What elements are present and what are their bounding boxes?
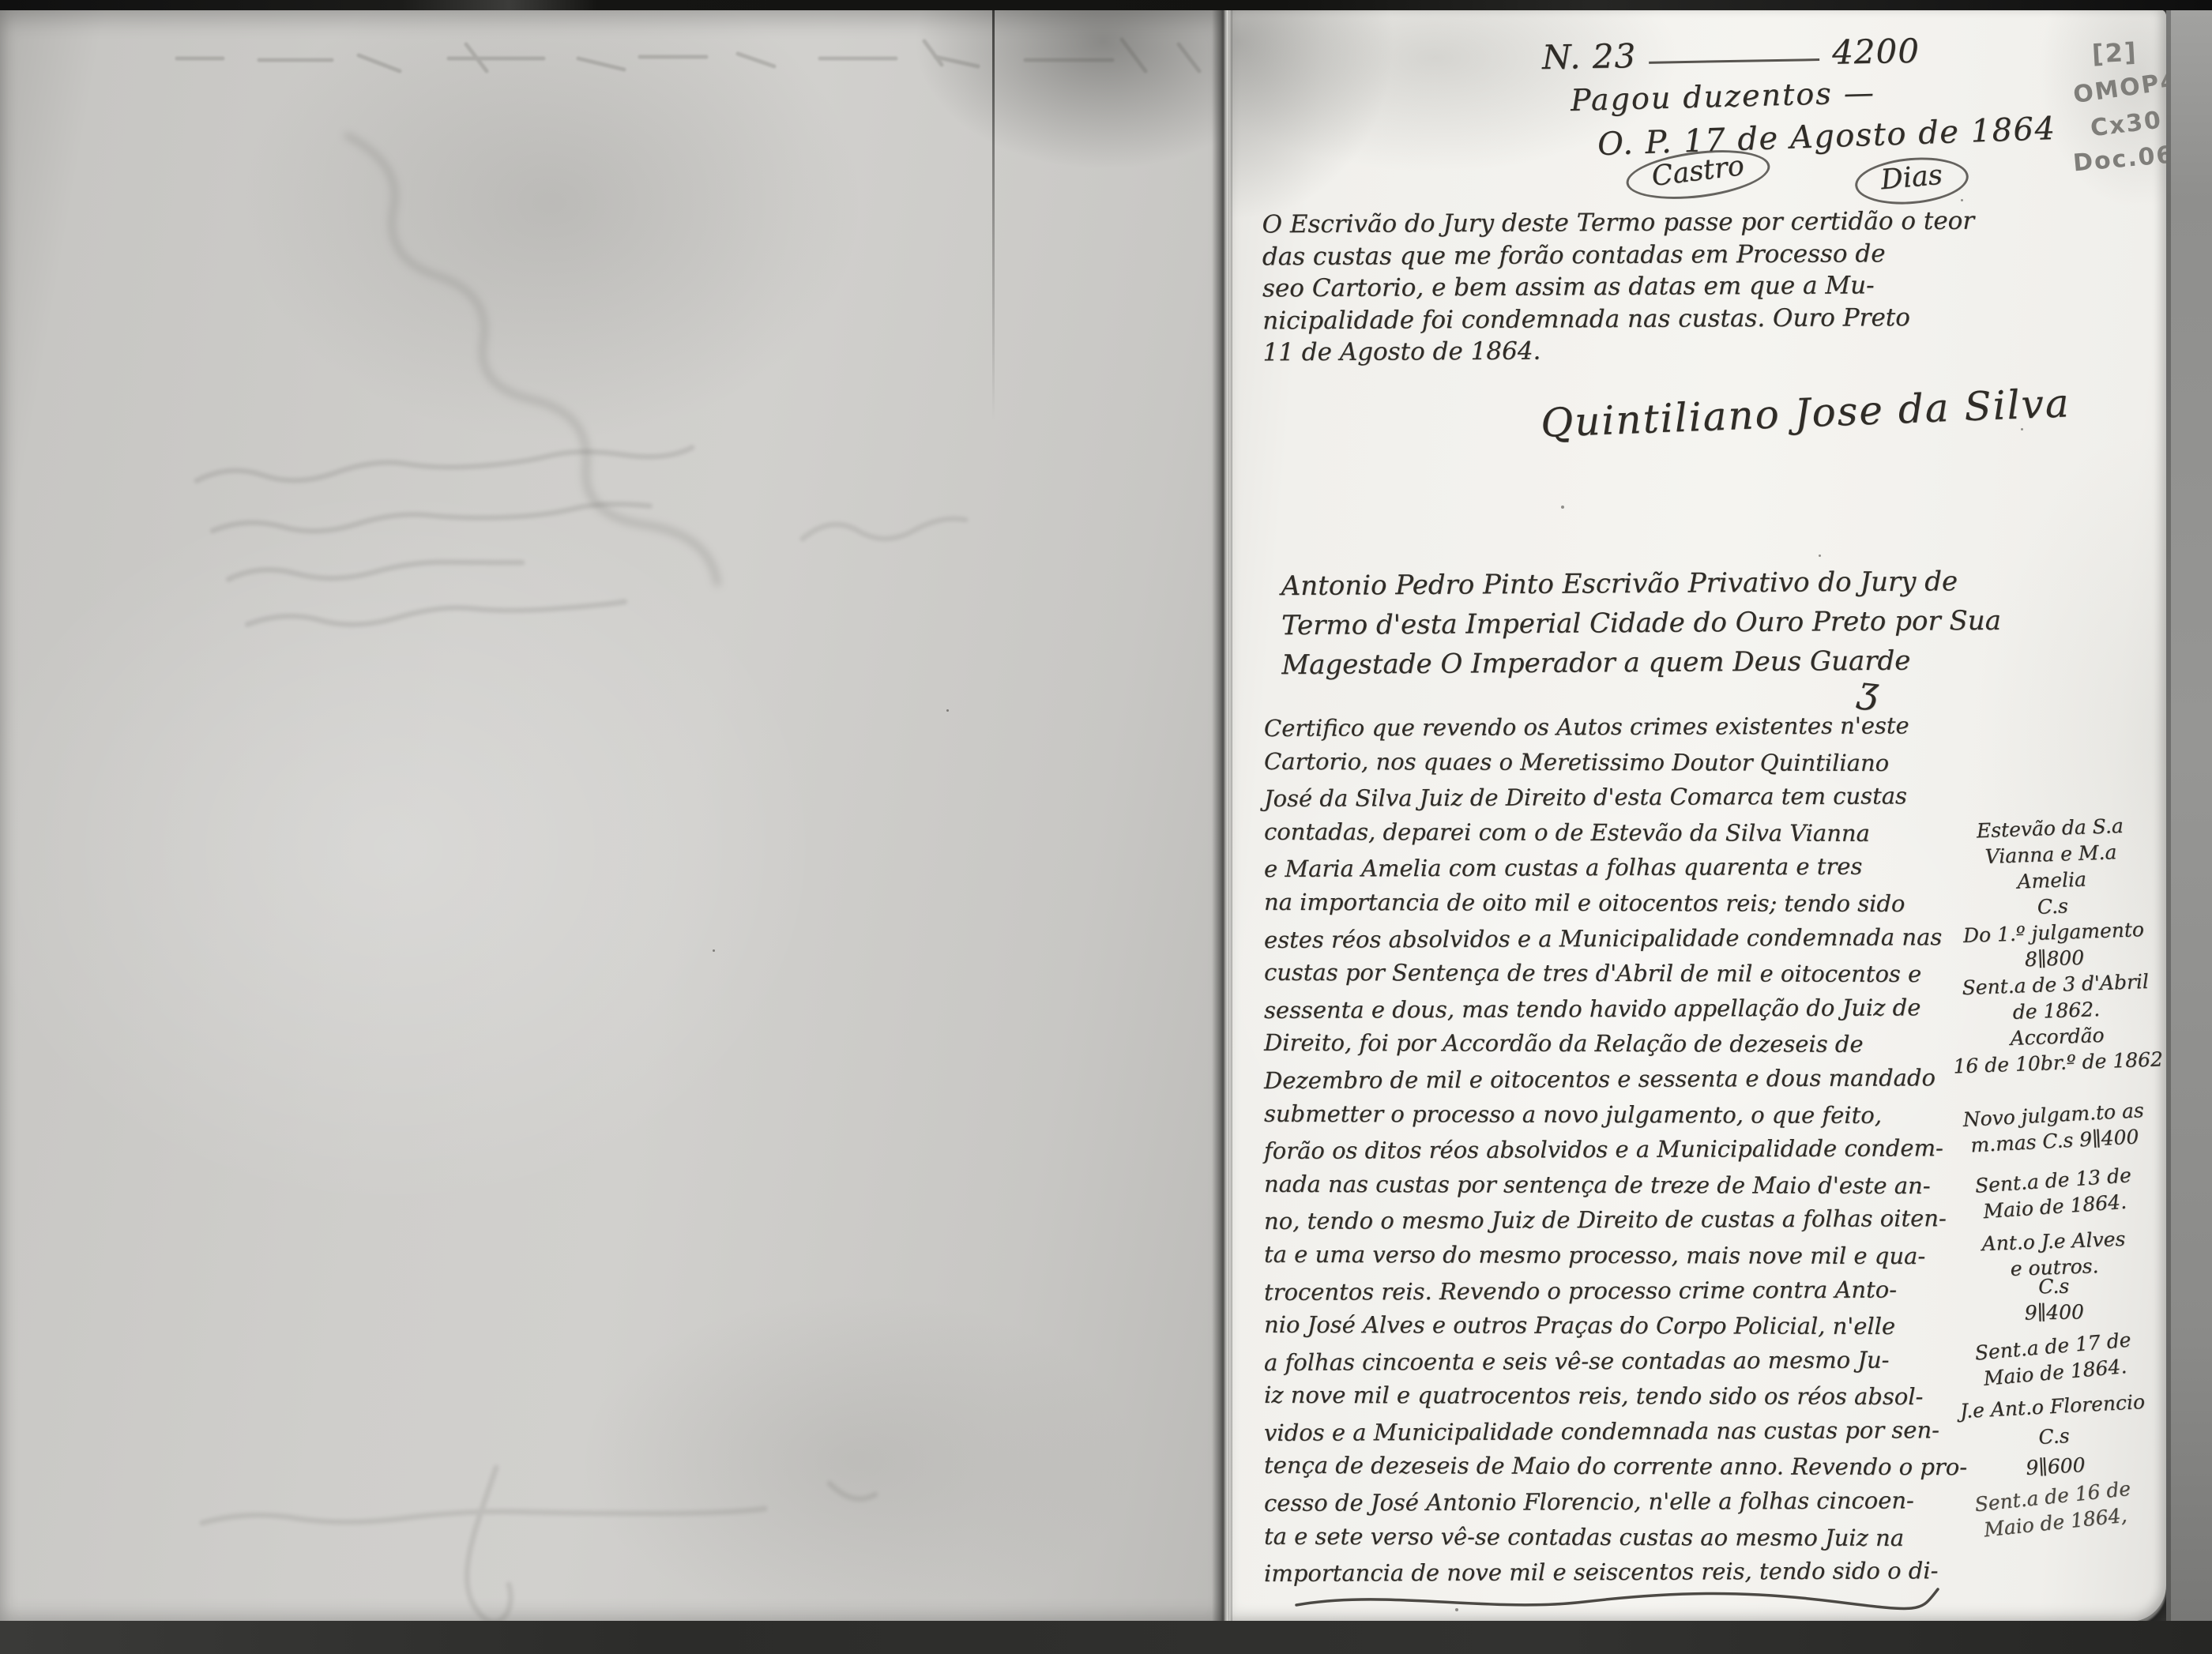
body-line: a folhas cincoenta e seis vê-se contadas… <box>1264 1342 1967 1380</box>
order-line: O Escrivão do Jury deste Termo passe por… <box>1262 205 1974 241</box>
bleedthrough-signature-ghost <box>166 1455 924 1637</box>
body-line: Certifico que revendo os Autos crimes ex… <box>1264 708 1967 746</box>
body-line: Dezembro de mil e oitocentos e sessenta … <box>1264 1060 1967 1098</box>
archive-item-number: [2] <box>2091 37 2138 70</box>
margin-note-florencio: J.e Ant.o Florencio C.s 9∥600 <box>1935 1385 2173 1487</box>
receipt-number-label: N. 23 <box>1542 36 1637 77</box>
body-line: nada nas custas por sentença de treze de… <box>1264 1167 1967 1204</box>
top-smudge-ghost <box>166 33 1209 88</box>
body-line: no, tendo o mesmo Juiz de Direito de cus… <box>1264 1201 1967 1239</box>
order-date-line: 11 de Agosto de 1864. <box>1262 333 1975 369</box>
body-line: custas por Sentença de tres d'Abril de m… <box>1264 955 1967 992</box>
margin-line: C.s <box>1936 1271 2171 1301</box>
margin-line: 9∥400 <box>1937 1297 2172 1327</box>
margin-note-custas-9400: C.s 9∥400 <box>1936 1271 2171 1327</box>
body-line: ta e uma verso do mesmo processo, mais n… <box>1264 1237 1967 1274</box>
dash-rule <box>1649 58 1819 64</box>
body-line: nio José Alves e outros Praças do Corpo … <box>1264 1307 1967 1344</box>
order-line: seo Cartorio, e bem assim as datas em qu… <box>1262 269 1975 305</box>
body-line: Direito, foi por Accordão da Relação de … <box>1264 1025 1967 1062</box>
body-line: José da Silva Juiz de Direito d'esta Com… <box>1264 778 1967 816</box>
address-line: Antonio Pedro Pinto Escrivão Privativo d… <box>1281 562 2000 606</box>
etcetera-flourish: ʒ <box>1856 667 1880 712</box>
left-page <box>0 9 1226 1622</box>
order-paragraph: O Escrivão do Jury deste Termo passe por… <box>1262 205 1975 369</box>
scan-edge-bottom <box>0 1621 2212 1654</box>
body-line: Cartorio, nos quaes o Meretissimo Doutor… <box>1264 743 1967 780</box>
clerk-address: Antonio Pedro Pinto Escrivão Privativo d… <box>1281 562 2001 685</box>
body-line: e Maria Amelia com custas a folhas quare… <box>1264 848 1967 886</box>
ink-speck <box>713 949 715 952</box>
body-line: trocentos reis. Revendo o processo crime… <box>1264 1272 1967 1310</box>
scanner-bed-border <box>2166 0 2212 1654</box>
ink-speck <box>1561 506 1564 509</box>
order-line: das custas que me forão contadas em Proc… <box>1262 237 1975 273</box>
body-line: tença de dezeseis de Maio do corrente an… <box>1264 1448 1967 1485</box>
scanned-manuscript: [2] OMOP4 Cx30 Doc.06 N. 23 4200 Pagou d… <box>0 0 2212 1654</box>
body-line: ta e sete verso vê-se contadas custas ao… <box>1264 1518 1967 1555</box>
body-line: submetter o processo a novo julgamento, … <box>1264 1096 1967 1133</box>
certificate-body: Certifico que revendo os Autos crimes ex… <box>1264 709 1967 1590</box>
ink-speck <box>1961 199 1963 201</box>
body-line: iz nove mil e quatrocentos reis, tendo s… <box>1264 1378 1967 1415</box>
bleedthrough-mark-ghost <box>790 483 980 586</box>
page-gutter-fold <box>1212 9 1232 1622</box>
body-line: cesso de José Antonio Florencio, n'elle … <box>1264 1483 1967 1521</box>
body-line: forão os ditos réos absolvidos e a Munic… <box>1264 1130 1967 1168</box>
receipt-number-line: N. 23 4200 <box>1542 32 1920 77</box>
body-line: estes réos absolvidos e a Municipalidade… <box>1264 919 1967 957</box>
end-flourish <box>1292 1581 1947 1619</box>
body-line: sessenta e dous, mas tendo havido appell… <box>1264 990 1967 1028</box>
address-line: Termo d'esta Imperial Cidade do Ouro Pre… <box>1281 601 2001 645</box>
body-line: na importancia de oito mil e oitocentos … <box>1264 885 1967 922</box>
body-line: contadas, deparei com o de Estevão da Si… <box>1264 814 1967 851</box>
ink-speck <box>2021 428 2023 430</box>
order-line: nicipalidade foi condemnada nas custas. … <box>1262 301 1975 336</box>
body-line: vidos e a Municipalidade condemnada nas … <box>1264 1412 1967 1450</box>
receipt-amount: 4200 <box>1832 32 1920 72</box>
ink-speck <box>1819 554 1821 557</box>
margin-note-estevao: Estevão da S.a Vianna e M.a Amelia C.s D… <box>1932 811 2175 1080</box>
address-line: Magestade O Imperador a quem Deus Guarde <box>1281 641 2001 685</box>
scan-edge-top <box>0 0 2212 10</box>
bleedthrough-text-ghost <box>186 426 778 660</box>
ink-speck <box>946 709 949 712</box>
